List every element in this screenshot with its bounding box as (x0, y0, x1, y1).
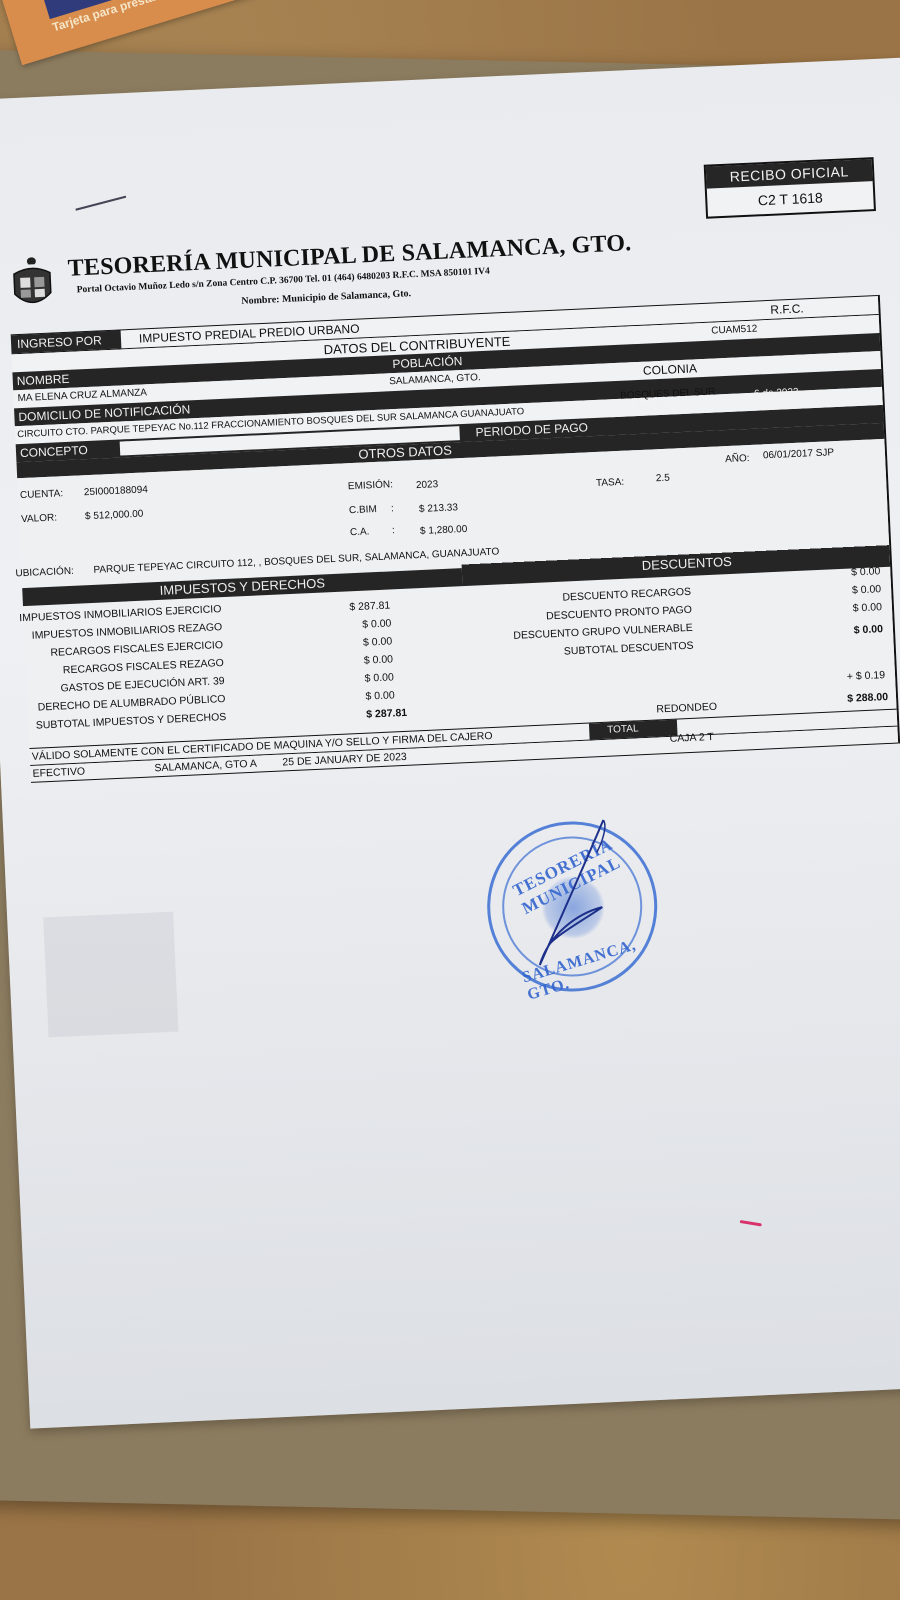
municipality-name: Nombre: Municipio de Salamanca, Gto. (241, 288, 411, 307)
cuenta-label: CUENTA: (20, 488, 64, 501)
valor-value: $ 512,000.00 (85, 509, 144, 523)
ca-value: $ 1,280.00 (420, 524, 468, 537)
poblacion-label: POBLACIÓN (392, 354, 463, 371)
descuento-amount: $ 0.00 (852, 583, 882, 596)
cbim-value: $ 213.33 (419, 502, 458, 515)
colonia-label: COLONIA (643, 361, 698, 377)
efectivo-label: EFECTIVO (32, 765, 85, 779)
rfc-value: CUAM512 (711, 324, 758, 337)
impuesto-amount: $ 287.81 (349, 599, 390, 613)
poblacion-value: SALAMANCA, GTO. (389, 372, 481, 387)
periodo-fin: 6 de 2023 (754, 387, 799, 400)
tasa-label: TASA: (596, 477, 625, 489)
impuesto-amount: $ 0.00 (362, 617, 392, 630)
place-date-label: SALAMANCA, GTO A (154, 758, 257, 775)
impuesto-label: DERECHO DE ALUMBRADO PÚBLICO (37, 693, 225, 714)
redondeo-value: + $ 0.19 (847, 669, 886, 683)
impuesto-label: GASTOS DE EJECUCIÓN ART. 39 (60, 675, 225, 694)
descuento-amount: $ 0.00 (852, 601, 882, 614)
rfc-label: R.F.C. (770, 301, 804, 316)
impuesto-label: RECARGOS FISCALES EJERCICIO (50, 639, 223, 659)
descuento-amount: $ 0.00 (851, 565, 881, 578)
recibo-oficial-box: RECIBO OFICIAL C2 T 1618 (704, 157, 876, 219)
caja-value: CAJA 2 T (669, 731, 714, 745)
impuesto-label: SUBTOTAL IMPUESTOS Y DERECHOS (36, 711, 227, 732)
descuento-label: SUBTOTAL DESCUENTOS (564, 640, 694, 658)
paper-smudge (43, 912, 178, 1038)
official-receipt: RECIBO OFICIAL C2 T 1618 TESORERÍA MUNIC… (5, 159, 884, 199)
impuesto-amount: $ 0.00 (363, 635, 393, 648)
ano-label: AÑO: (725, 453, 750, 465)
descuento-label: DESCUENTO GRUPO VULNERABLE (513, 622, 693, 642)
cashier-signature-icon (503, 810, 660, 977)
emision-value: 2023 (416, 479, 439, 491)
descuento-label: DESCUENTO RECARGOS (562, 586, 691, 604)
tasa-value: 2.5 (656, 473, 670, 485)
cbim-colon: : (391, 503, 394, 514)
municipal-crest-icon (7, 254, 57, 312)
cuenta-value: 25I000188094 (84, 484, 148, 498)
ano-value: 06/01/2017 SJP (763, 447, 835, 461)
card-address-line-2: Tels.: 6480207 y 6480684 R.F.C. (52, 0, 304, 3)
date-value: 25 DE JANUARY DE 2023 (282, 751, 407, 769)
emision-label: EMISIÓN: (348, 479, 393, 492)
valor-label: VALOR: (21, 512, 57, 525)
total-value: $ 288.00 (847, 691, 888, 705)
descuentos-header: DESCUENTOS (641, 554, 732, 573)
concepto-label: CONCEPTO (20, 443, 88, 460)
impuesto-amount: $ 0.00 (364, 671, 394, 684)
impuesto-label: IMPUESTOS INMOBILIARIOS REZAGO (32, 621, 223, 642)
periodo-inicio: 1 de 2023 (626, 401, 671, 414)
descuento-label: DESCUENTO PRONTO PAGO (546, 604, 692, 623)
pink-ink-mark (740, 1220, 762, 1227)
ubicacion-label: UBICACIÓN: (15, 566, 74, 580)
ca-label: C.A. (350, 526, 370, 538)
impuesto-label: RECARGOS FISCALES REZAGO (63, 657, 224, 676)
descuento-amount: $ 0.00 (853, 623, 883, 636)
impuesto-amount: $ 0.00 (365, 689, 395, 702)
impuesto-amount: $ 0.00 (364, 653, 394, 666)
impuesto-amount: $ 287.81 (366, 707, 407, 721)
redondeo-label: REDONDEO (656, 701, 717, 716)
receipt-form: INGRESO POR IMPUESTO PREDIAL PREDIO URBA… (11, 295, 900, 783)
receipt-paper: RECIBO OFICIAL C2 T 1618 TESORERÍA MUNIC… (0, 57, 900, 1428)
cbim-label: C.BIM (349, 504, 377, 516)
impuesto-label: IMPUESTOS INMOBILIARIOS EJERCICIO (19, 603, 222, 624)
ca-colon: : (392, 525, 395, 536)
nombre-label: NOMBRE (16, 372, 69, 388)
pen-mark (75, 196, 126, 211)
nombre-value: MA ELENA CRUZ ALMANZA (17, 387, 147, 404)
